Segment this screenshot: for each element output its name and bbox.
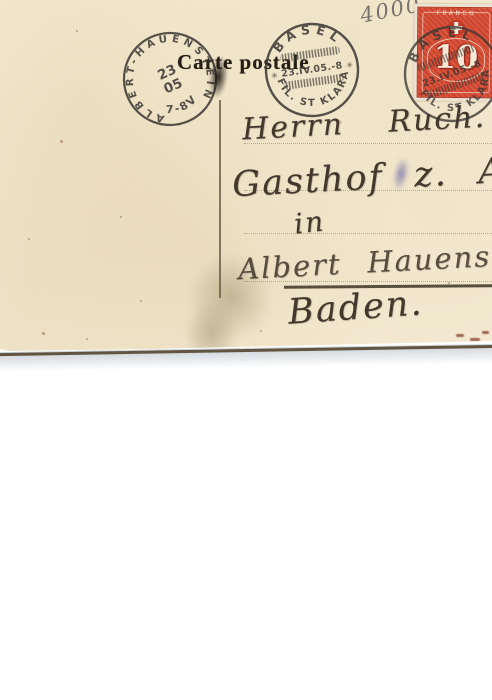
postmark-ornament-left: ✳ <box>270 71 278 81</box>
edge-mark <box>470 338 480 341</box>
postcard: Carte postale 4000 Herrn Ruch. Gasthof z… <box>0 0 492 356</box>
handwritten-name: Albert Hauenstein <box>237 236 492 287</box>
postmark-group: BASEL FIL. ST KLARA 23.IV.05.-8 <box>398 22 492 132</box>
edge-mark <box>456 334 464 337</box>
paper-spot <box>140 300 142 302</box>
postmark-basel-on-stamp: BASEL FIL. ST KLARA 23.IV.05.-8 <box>398 22 492 132</box>
address-ruled-line <box>244 233 492 234</box>
paper-spot <box>42 332 45 335</box>
paper-spot <box>86 338 88 340</box>
handwritten-town: Baden. <box>287 283 425 332</box>
paper-spot <box>60 140 63 143</box>
handwritten-street: Gasthof z. Adler <box>231 147 492 205</box>
scanned-postcard-image: Carte postale 4000 Herrn Ruch. Gasthof z… <box>0 0 492 700</box>
stamp-top-label: FRANCO <box>418 10 492 18</box>
postmark-hatch-bar <box>280 46 341 62</box>
handwritten-preposition: in <box>292 204 326 240</box>
postmark-group: BASEL FIL. ST KLARA 23.IV.05.-8 ✳ ✳ <box>260 20 364 122</box>
postmark-basel: BASEL FIL. ST KLARA 23.IV.05.-8 ✳ ✳ <box>260 20 368 128</box>
paper-spot <box>28 238 30 240</box>
paper-spot <box>120 216 122 218</box>
paper-spot <box>76 30 78 32</box>
postmark-ornament-right: ✳ <box>346 60 354 70</box>
edge-mark <box>482 331 489 334</box>
